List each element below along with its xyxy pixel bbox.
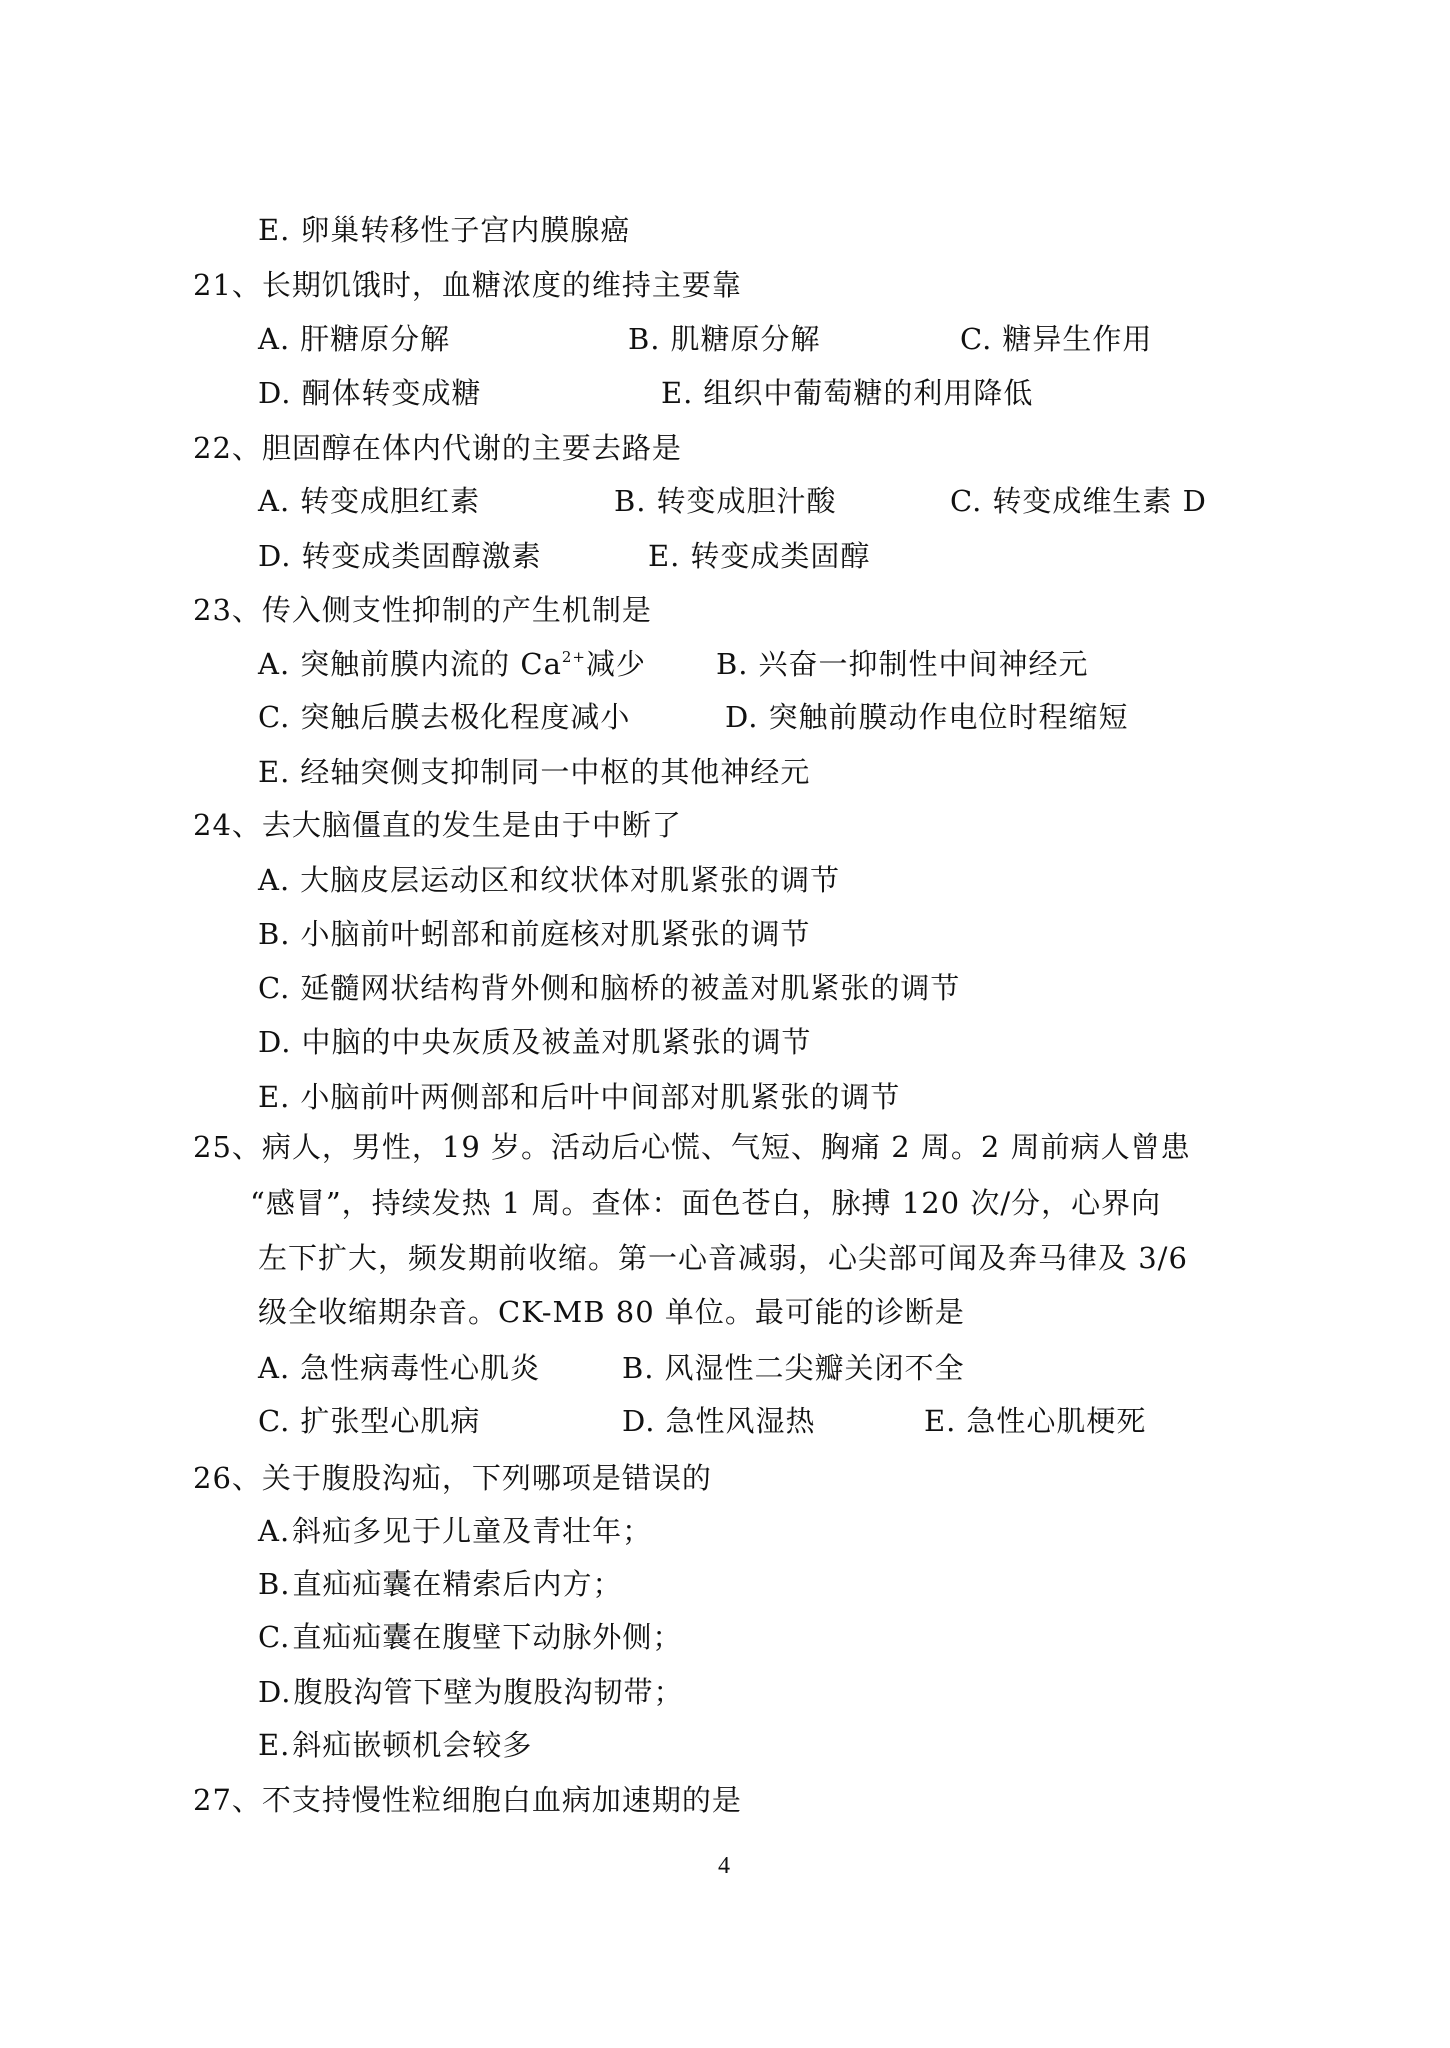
option-text: 中脑的中央灰质及被盖对肌紧张的调节 — [301, 1025, 811, 1059]
option-label: D. — [258, 539, 291, 573]
question-26-option-c: C.直疝疝囊在腹壁下动脉外侧； — [258, 1617, 682, 1657]
question-text: 关于腹股沟疝，下列哪项是错误的 — [262, 1461, 712, 1495]
question-25-stem-line-1: 25、病人，男性，19 岁。活动后心慌、气短、胸痛 2 周。2 周前病人曾患 — [193, 1127, 1191, 1167]
question-24-option-e: E.小脑前叶两侧部和后叶中间部对肌紧张的调节 — [258, 1077, 900, 1117]
option-label: A. — [258, 1514, 290, 1548]
question-25-stem-line-4: 级全收缩期杂音。CK-MB 80 单位。最可能的诊断是 — [258, 1292, 965, 1332]
question-22-option-b: B.转变成胆汁酸 — [614, 481, 837, 521]
option-label: C. — [258, 1620, 290, 1654]
question-21-option-c: C.糖异生作用 — [960, 319, 1152, 359]
option-label: C. — [960, 322, 992, 356]
option-label: B. — [258, 917, 291, 951]
option-text: 直疝疝囊在腹壁下动脉外侧； — [292, 1620, 682, 1654]
page-number: 4 — [718, 1850, 730, 1882]
exam-page: E.卵巢转移性子宫内膜腺癌 21、长期饥饿时，血糖浓度的维持主要靠 A.肝糖原分… — [0, 0, 1450, 2048]
question-24-option-b: B.小脑前叶蚓部和前庭核对肌紧张的调节 — [258, 914, 811, 954]
question-22-option-c: C.转变成维生素 D — [950, 481, 1207, 521]
question-21-option-e: E.组织中葡萄糖的利用降低 — [661, 373, 1033, 413]
option-text: 急性风湿热 — [665, 1404, 815, 1438]
question-26-option-e: E.斜疝嵌顿机会较多 — [258, 1725, 532, 1765]
option-text: 经轴突侧支抑制同一中枢的其他神经元 — [300, 755, 810, 789]
option-text-suffix: 减少 — [586, 647, 646, 681]
option-text: 转变成类固醇激素 — [301, 539, 541, 573]
question-text: 病人，男性，19 岁。活动后心慌、气短、胸痛 2 周。2 周前病人曾患 — [262, 1130, 1191, 1164]
option-label: D. — [258, 1675, 291, 1709]
option-text: 小脑前叶两侧部和后叶中间部对肌紧张的调节 — [300, 1080, 900, 1114]
option-text: 突触后膜去极化程度减小 — [300, 700, 630, 734]
question-number: 26、 — [193, 1461, 262, 1495]
question-text: “感冒”，持续发热 1 周。查体：面色苍白，脉搏 120 次/分，心界向 — [250, 1186, 1161, 1220]
question-text: 级全收缩期杂音。CK-MB 80 单位。最可能的诊断是 — [258, 1295, 965, 1329]
option-label: D. — [258, 1025, 291, 1059]
question-text: 传入侧支性抑制的产生机制是 — [262, 593, 652, 627]
option-label: D. — [258, 376, 291, 410]
question-23-option-e: E.经轴突侧支抑制同一中枢的其他神经元 — [258, 752, 810, 792]
question-27-stem: 27、不支持慢性粒细胞白血病加速期的是 — [193, 1780, 742, 1820]
question-26-option-b: B.直疝疝囊在精索后内方； — [258, 1564, 623, 1604]
question-text: 不支持慢性粒细胞白血病加速期的是 — [262, 1783, 742, 1817]
question-text: 去大脑僵直的发生是由于中断了 — [262, 808, 682, 842]
option-label: B. — [628, 322, 661, 356]
question-26-stem: 26、关于腹股沟疝，下列哪项是错误的 — [193, 1458, 712, 1498]
question-25-option-b: B.风湿性二尖瓣关闭不全 — [622, 1348, 965, 1388]
question-25-option-c: C.扩张型心肌病 — [258, 1401, 480, 1441]
option-label: E. — [258, 755, 290, 789]
option-text: 转变成胆红素 — [300, 484, 480, 518]
question-23-option-a: A.突触前膜内流的 Ca2+减少 — [258, 644, 646, 684]
option-text: 腹股沟管下壁为腹股沟韧带； — [293, 1675, 683, 1709]
option-label: C. — [950, 484, 982, 518]
question-24-stem: 24、去大脑僵直的发生是由于中断了 — [193, 805, 682, 845]
question-25-option-a: A.急性病毒性心肌炎 — [258, 1348, 540, 1388]
option-label: D. — [622, 1404, 655, 1438]
option-label: E. — [258, 1080, 290, 1114]
question-21-option-a: A.肝糖原分解 — [258, 319, 450, 359]
option-label: A. — [258, 484, 290, 518]
option-text: 肌糖原分解 — [671, 322, 821, 356]
option-text: 肝糖原分解 — [300, 322, 450, 356]
question-number: 27、 — [193, 1783, 262, 1817]
option-label: C. — [258, 700, 290, 734]
question-24-option-a: A.大脑皮层运动区和纹状体对肌紧张的调节 — [258, 860, 840, 900]
question-23-stem: 23、传入侧支性抑制的产生机制是 — [193, 590, 652, 630]
option-text: 卵巢转移性子宫内膜腺癌 — [300, 213, 630, 247]
option-label: D. — [725, 700, 758, 734]
option-label: A. — [258, 322, 290, 356]
question-25-option-e: E.急性心肌梗死 — [924, 1401, 1146, 1441]
option-label: C. — [258, 971, 290, 1005]
question-26-option-a: A.斜疝多见于儿童及青壮年； — [258, 1511, 652, 1551]
option-label: E. — [924, 1404, 956, 1438]
option-text: 延髓网状结构背外侧和脑桥的被盖对肌紧张的调节 — [300, 971, 960, 1005]
question-text: 胆固醇在体内代谢的主要去路是 — [262, 431, 682, 465]
question-number: 25、 — [193, 1130, 262, 1164]
question-24-option-c: C.延髓网状结构背外侧和脑桥的被盖对肌紧张的调节 — [258, 968, 960, 1008]
option-label: E. — [661, 376, 693, 410]
question-23-option-d: D.突触前膜动作电位时程缩短 — [725, 697, 1128, 737]
option-text: 转变成胆汁酸 — [657, 484, 837, 518]
question-22-option-a: A.转变成胆红素 — [258, 481, 480, 521]
option-label: B. — [716, 647, 749, 681]
question-21-stem: 21、长期饥饿时，血糖浓度的维持主要靠 — [193, 265, 742, 305]
option-text: 糖异生作用 — [1002, 322, 1152, 356]
option-text: 斜疝多见于儿童及青壮年； — [292, 1514, 652, 1548]
option-text: 急性心肌梗死 — [966, 1404, 1146, 1438]
question-number: 23、 — [193, 593, 262, 627]
option-label: E. — [258, 213, 290, 247]
option-text: 大脑皮层运动区和纹状体对肌紧张的调节 — [300, 863, 840, 897]
question-22-stem: 22、胆固醇在体内代谢的主要去路是 — [193, 428, 682, 468]
option-text: 直疝疝囊在精索后内方； — [293, 1567, 623, 1601]
option-text: 组织中葡萄糖的利用降低 — [703, 376, 1033, 410]
option-label: B. — [258, 1567, 291, 1601]
option-label: E. — [648, 539, 680, 573]
question-22-option-d: D.转变成类固醇激素 — [258, 536, 541, 576]
question-24-option-d: D.中脑的中央灰质及被盖对肌紧张的调节 — [258, 1022, 811, 1062]
question-22-option-e: E.转变成类固醇 — [648, 536, 870, 576]
option-label: A. — [258, 863, 290, 897]
question-25-stem-line-3: 左下扩大，频发期前收缩。第一心音减弱，心尖部可闻及奔马律及 3/6 — [258, 1238, 1188, 1278]
question-21-option-d: D.酮体转变成糖 — [258, 373, 481, 413]
carry-over-option-e: E.卵巢转移性子宫内膜腺癌 — [258, 210, 630, 250]
option-text: 斜疝嵌顿机会较多 — [292, 1728, 532, 1762]
option-text: 酮体转变成糖 — [301, 376, 481, 410]
superscript-charge: 2+ — [562, 648, 586, 666]
question-text: 长期饥饿时，血糖浓度的维持主要靠 — [262, 268, 742, 302]
option-label: C. — [258, 1404, 290, 1438]
option-text: 兴奋一抑制性中间神经元 — [759, 647, 1089, 681]
question-23-option-c: C.突触后膜去极化程度减小 — [258, 697, 630, 737]
question-25-option-d: D.急性风湿热 — [622, 1401, 815, 1441]
option-text: 小脑前叶蚓部和前庭核对肌紧张的调节 — [301, 917, 811, 951]
question-21-option-b: B.肌糖原分解 — [628, 319, 821, 359]
option-text: 风湿性二尖瓣关闭不全 — [665, 1351, 965, 1385]
option-text: 突触前膜动作电位时程缩短 — [768, 700, 1128, 734]
option-text: 扩张型心肌病 — [300, 1404, 480, 1438]
question-number: 22、 — [193, 431, 262, 465]
option-text: 突触前膜内流的 Ca — [300, 647, 562, 681]
question-number: 21、 — [193, 268, 262, 302]
option-label: E. — [258, 1728, 290, 1762]
option-label: B. — [622, 1351, 655, 1385]
option-label: A. — [258, 647, 290, 681]
option-label: A. — [258, 1351, 290, 1385]
option-text: 急性病毒性心肌炎 — [300, 1351, 540, 1385]
question-number: 24、 — [193, 808, 262, 842]
question-text: 左下扩大，频发期前收缩。第一心音减弱，心尖部可闻及奔马律及 3/6 — [258, 1241, 1188, 1275]
question-26-option-d: D.腹股沟管下壁为腹股沟韧带； — [258, 1672, 683, 1712]
question-23-option-b: B.兴奋一抑制性中间神经元 — [716, 644, 1089, 684]
option-text: 转变成类固醇 — [690, 539, 870, 573]
question-25-stem-line-2: “感冒”，持续发热 1 周。查体：面色苍白，脉搏 120 次/分，心界向 — [250, 1183, 1161, 1223]
option-text: 转变成维生素 D — [992, 484, 1206, 518]
option-label: B. — [614, 484, 647, 518]
